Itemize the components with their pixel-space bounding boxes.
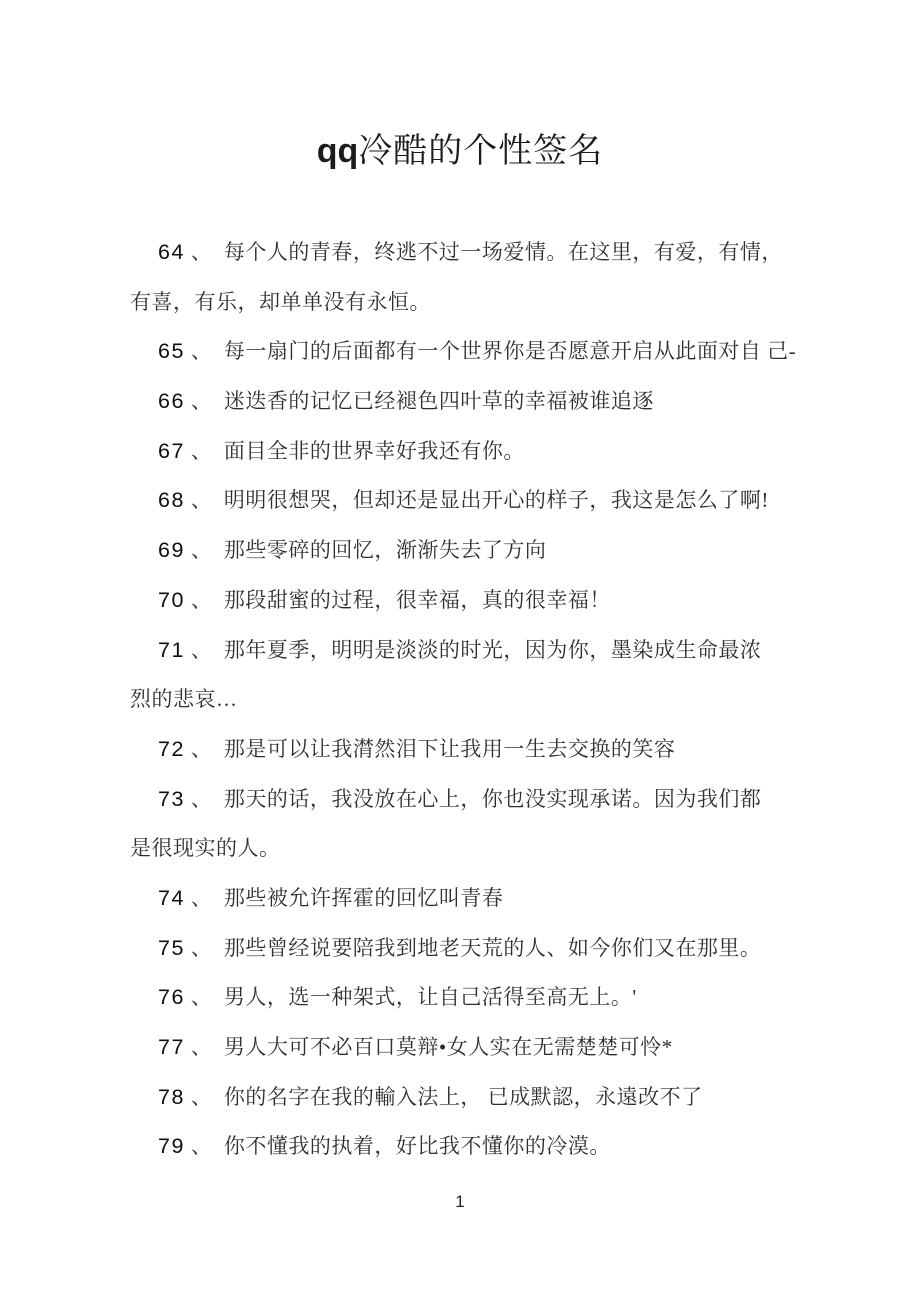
list-item-continuation-line: 是很现实的人。 (130, 824, 820, 874)
item-text: 那些曾经说要陪我到地老天荒的人、如今你们又在那里。 (224, 936, 762, 960)
item-number: 68 (158, 488, 185, 512)
document-page: qq冷酷的个性签名 64、每个人的青春，终逃不过一场爱情。在这里，有爱，有情，有… (0, 0, 920, 1303)
list-item-line: 69、那些零碎的回忆，渐渐失去了方向 (130, 526, 820, 576)
list-item-continuation-line: 有喜，有乐，却单单没有永恒。 (130, 278, 820, 328)
item-text: 那年夏季，明明是淡淡的时光，因为你，墨染成生命最浓 (224, 638, 762, 662)
list-item-line: 78、你的名字在我的輸入法上， 已成默認，永遠改不了 (130, 1073, 820, 1123)
item-text: 是很现实的人。 (130, 836, 281, 860)
list-item-line: 66、迷迭香的记忆已经褪色四叶草的幸福被谁追逐 (130, 377, 820, 427)
item-number: 71 (158, 638, 185, 662)
item-text: 你的名字在我的輸入法上， 已成默認，永遠改不了 (224, 1085, 703, 1109)
item-text: 那些零碎的回忆，渐渐失去了方向 (224, 538, 547, 562)
item-number: 78 (158, 1085, 185, 1109)
item-separator: 、 (191, 1085, 212, 1109)
item-number: 75 (158, 936, 185, 960)
item-separator: 、 (191, 737, 212, 761)
list-item-line: 73、那天的话，我没放在心上，你也没实现承诺。因为我们都 (130, 775, 820, 825)
signature-list: 64、每个人的青春，终逃不过一场爱情。在这里，有爱，有情，有喜，有乐，却单单没有… (130, 228, 820, 1172)
item-separator: 、 (191, 389, 212, 413)
list-item-line: 71、那年夏季，明明是淡淡的时光，因为你，墨染成生命最浓 (130, 626, 820, 676)
page-number: 1 (455, 1192, 464, 1211)
item-separator: 、 (191, 488, 212, 512)
list-item-line: 64、每个人的青春，终逃不过一场爱情。在这里，有爱，有情， (130, 228, 820, 278)
item-number: 73 (158, 787, 185, 811)
item-text: 烈的悲哀… (130, 687, 238, 711)
item-text: 面目全非的世界幸好我还有你。 (224, 439, 525, 463)
item-text: 那些被允许挥霍的回忆叫青春 (224, 886, 504, 910)
page-title-latin-prefix: qq (317, 132, 359, 170)
item-separator: 、 (191, 787, 212, 811)
item-text: 每个人的青春，终逃不过一场爱情。在这里，有爱，有情， (224, 240, 783, 264)
item-separator: 、 (191, 886, 212, 910)
list-item-continuation-line: 烈的悲哀… (130, 675, 820, 725)
list-item-line: 68、明明很想哭，但却还是显出开心的样子，我这是怎么了啊! (130, 476, 820, 526)
item-number: 74 (158, 886, 185, 910)
item-separator: 、 (191, 439, 212, 463)
item-text: 那是可以让我潸然泪下让我用一生去交换的笑容 (224, 737, 676, 761)
item-text: 那段甜蜜的过程，很幸福，真的很幸福！ (224, 588, 611, 612)
page-title: qq冷酷的个性签名 (0, 128, 920, 175)
item-number: 79 (158, 1134, 185, 1158)
list-item-line: 79、你不懂我的执着，好比我不懂你的冷漠。 (130, 1122, 820, 1172)
list-item-line: 72、那是可以让我潸然泪下让我用一生去交换的笑容 (130, 725, 820, 775)
item-number: 70 (158, 588, 185, 612)
item-text: 每一扇门的后面都有一个世界你是否愿意开启从此面对自 己- (224, 339, 796, 363)
item-separator: 、 (191, 588, 212, 612)
item-number: 69 (158, 538, 185, 562)
item-number: 64 (158, 240, 185, 264)
item-text: 迷迭香的记忆已经褪色四叶草的幸福被谁追逐 (224, 389, 654, 413)
item-separator: 、 (191, 985, 212, 1009)
item-text: 明明很想哭，但却还是显出开心的样子，我这是怎么了啊! (224, 488, 769, 512)
item-separator: 、 (191, 1134, 212, 1158)
item-text: 男人大可不必百口莫辩•女人实在无需楚楚可怜* (224, 1035, 673, 1059)
list-item-line: 65、每一扇门的后面都有一个世界你是否愿意开启从此面对自 己- (130, 327, 820, 377)
item-number: 72 (158, 737, 185, 761)
item-separator: 、 (191, 936, 212, 960)
item-text: 那天的话，我没放在心上，你也没实现承诺。因为我们都 (224, 787, 762, 811)
item-separator: 、 (191, 638, 212, 662)
page-footer: 1 (0, 1192, 920, 1212)
item-text: 男人，选一种架式，让自己活得至高无上。' (224, 985, 637, 1009)
item-number: 66 (158, 389, 185, 413)
list-item-line: 76、男人，选一种架式，让自己活得至高无上。' (130, 973, 820, 1023)
page-title-text: 冷酷的个性签名 (358, 133, 603, 170)
list-item-line: 67、面目全非的世界幸好我还有你。 (130, 427, 820, 477)
item-number: 67 (158, 439, 185, 463)
item-separator: 、 (191, 538, 212, 562)
list-item-line: 77、男人大可不必百口莫辩•女人实在无需楚楚可怜* (130, 1023, 820, 1073)
item-text: 你不懂我的执着，好比我不懂你的冷漠。 (224, 1134, 611, 1158)
item-separator: 、 (191, 1035, 212, 1059)
list-item-line: 75、那些曾经说要陪我到地老天荒的人、如今你们又在那里。 (130, 924, 820, 974)
list-item-line: 70、那段甜蜜的过程，很幸福，真的很幸福！ (130, 576, 820, 626)
item-number: 76 (158, 985, 185, 1009)
item-number: 77 (158, 1035, 185, 1059)
item-separator: 、 (191, 240, 212, 264)
item-text: 有喜，有乐，却单单没有永恒。 (130, 290, 431, 314)
item-number: 65 (158, 339, 185, 363)
list-item-line: 74、那些被允许挥霍的回忆叫青春 (130, 874, 820, 924)
item-separator: 、 (191, 339, 212, 363)
